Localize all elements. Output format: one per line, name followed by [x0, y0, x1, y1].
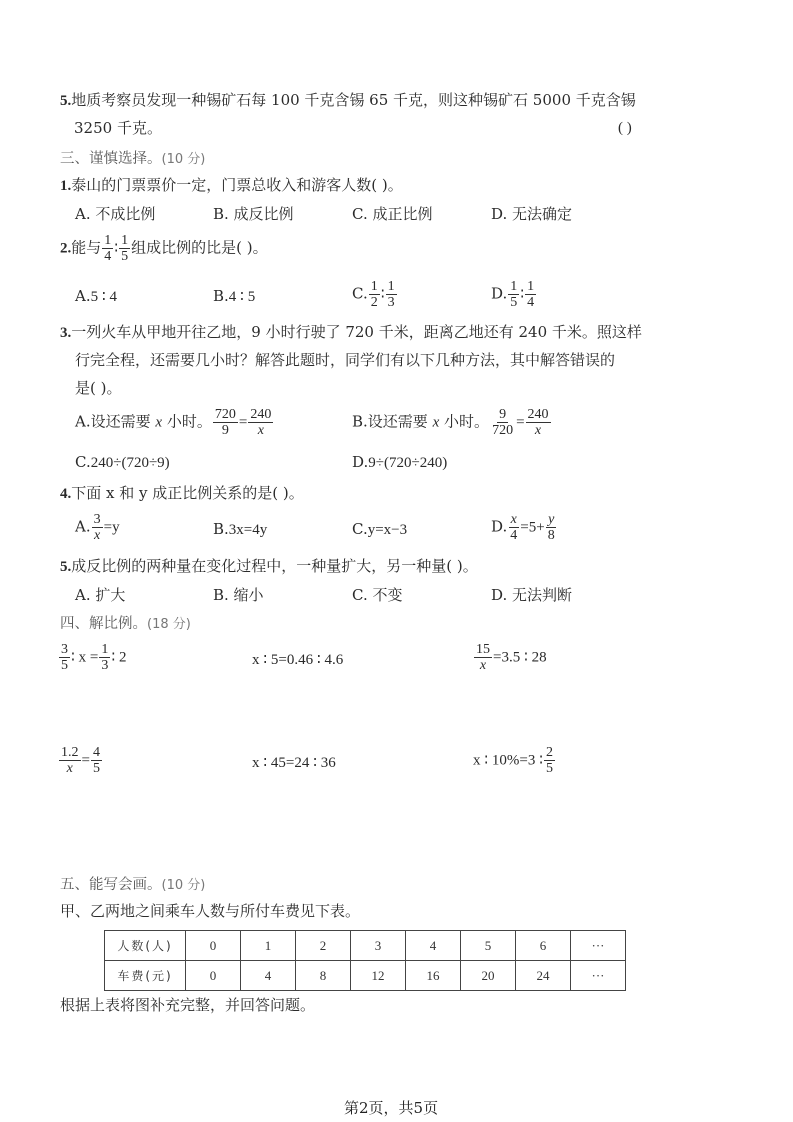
table-cell: 4	[406, 931, 461, 961]
section-instruction: 根据上表将图补充完整，并回答问题。	[60, 995, 315, 1015]
numerator: 3	[92, 512, 103, 528]
numerator: 2	[544, 745, 555, 761]
equation-3: 15x=3.5 ∶ 28	[473, 642, 547, 673]
denominator: 5	[59, 658, 70, 673]
equation-5: x ∶ 45=24 ∶ 36	[252, 753, 336, 772]
option-b[interactable]: B. 缩小	[213, 584, 264, 605]
option-label: D.	[491, 518, 507, 536]
option-label: B.	[213, 520, 229, 538]
equals-sign: =	[239, 415, 247, 431]
question-number: 3.	[60, 325, 71, 341]
fraction: 15	[119, 233, 130, 264]
fraction: 13	[386, 279, 397, 310]
denominator: 5	[119, 249, 130, 264]
option-label: C.	[352, 285, 368, 303]
denominator: 5	[508, 295, 519, 310]
option-c[interactable]: C. 不变	[352, 584, 402, 605]
judge-question-5: 5.地质考察员发现一种锡矿石每 100 千克含锡 65 千克，则这种锡矿石 50…	[60, 90, 636, 111]
denominator: x	[478, 658, 488, 673]
choice-question-1: 1.泰山的门票票价一定，门票总收入和游客人数( )。	[60, 175, 403, 196]
numerator: 1	[508, 279, 519, 295]
ratio-sign: ∶	[520, 287, 524, 303]
option-unit: 小时。	[167, 413, 212, 431]
numerator: 1	[99, 642, 110, 658]
option-label: A.	[75, 287, 91, 305]
option-a[interactable]: A. 不成比例	[75, 203, 155, 224]
numerator: 1.2	[59, 745, 81, 761]
section-heading-3: 三、谨慎选择。(10 分)	[60, 147, 205, 168]
fraction: y8	[546, 512, 557, 543]
fraction: 14	[102, 233, 113, 264]
fraction: 25	[544, 745, 555, 776]
option-unit: 小时。	[444, 413, 489, 431]
fraction: 240x	[526, 407, 551, 438]
option-b[interactable]: B. 成反比例	[213, 203, 294, 224]
question-text-pre: 能与	[71, 239, 101, 257]
option-c[interactable]: C.12∶13	[352, 279, 398, 310]
variable: x	[155, 415, 162, 431]
numerator: 3	[59, 642, 70, 658]
numerator: 1	[369, 279, 380, 295]
section-intro: 甲、乙两地之间乘车人数与所付车费见下表。	[60, 901, 360, 921]
option-a[interactable]: A.设还需要 x 小时。7209=240x	[75, 407, 274, 438]
table-cell: 3	[351, 931, 406, 961]
question-text: 成反比例的两种量在变化过程中，一种量扩大，另一种量( )。	[71, 557, 477, 575]
equation-6: x ∶ 10%=3 ∶25	[473, 745, 556, 776]
choice-question-4: 4.下面 x 和 y 成正比例关系的是( )。	[60, 483, 304, 504]
numerator: x	[509, 512, 519, 528]
page-number: 第2页，共5页	[344, 1097, 438, 1118]
table-cell: 16	[406, 961, 461, 991]
numerator: 1	[102, 233, 113, 249]
fraction: 14	[525, 279, 536, 310]
table-row: 车费(元) 0 4 8 12 16 20 24 ···	[105, 961, 626, 991]
numerator: 720	[213, 407, 238, 423]
denominator: 720	[490, 423, 515, 438]
fraction: 15x	[474, 642, 492, 673]
option-text: 设还需要	[368, 413, 428, 431]
question-number: 2.	[60, 241, 71, 257]
equation-tail: =3.5 ∶ 28	[493, 650, 547, 666]
table-cell: 2	[296, 931, 351, 961]
fraction: 45	[91, 745, 102, 776]
fraction: 12	[369, 279, 380, 310]
option-label: B.	[352, 413, 368, 431]
question-number: 5.	[60, 93, 71, 109]
option-expression: 3x=4y	[229, 522, 267, 538]
question-text: 泰山的门票票价一定，门票总收入和游客人数( )。	[71, 176, 402, 194]
fraction: 15	[508, 279, 519, 310]
section-heading-4: 四、解比例。(18 分)	[60, 612, 191, 633]
ratio-sign: ∶	[381, 287, 385, 303]
choice-question-3: 3.一列火车从甲地开往乙地，9 小时行驶了 720 千米，距离乙地还有 240 …	[60, 322, 642, 343]
choice-question-5: 5.成反比例的两种量在变化过程中，一种量扩大，另一种量( )。	[60, 556, 478, 577]
option-label: B.	[213, 287, 229, 305]
option-c[interactable]: C. 成正比例	[352, 203, 432, 224]
question-text-line1: 一列火车从甲地开往乙地，9 小时行驶了 720 千米，距离乙地还有 240 千米…	[71, 323, 642, 341]
ratio-sign: ∶	[114, 241, 118, 257]
numerator: 240	[248, 407, 273, 423]
section-title: 四、解比例。	[60, 616, 147, 632]
table-cell: 8	[296, 961, 351, 991]
table-row: 人数(人) 0 1 2 3 4 5 6 ···	[105, 931, 626, 961]
option-expression: 9÷(720÷240)	[368, 455, 447, 471]
table-cell: 1	[241, 931, 296, 961]
table-cell: 5	[461, 931, 516, 961]
fraction: 3x	[92, 512, 103, 543]
question-text-line2: 行完全程，还需要几小时？解答此题时，同学们有以下几种方法，其中解答错误的	[75, 350, 615, 370]
equation-2: x ∶ 5=0.46 ∶ 4.6	[252, 650, 343, 669]
denominator: x	[92, 528, 102, 543]
numerator: 9	[497, 407, 508, 423]
table-cell: 12	[351, 961, 406, 991]
numerator: 15	[474, 642, 492, 658]
option-a[interactable]: A. 扩大	[75, 584, 125, 605]
option-value: 4 ∶ 5	[229, 289, 255, 305]
option-d[interactable]: D. 无法确定	[491, 203, 572, 224]
table-cell: 0	[186, 961, 241, 991]
answer-bracket[interactable]: ( )	[618, 118, 632, 138]
option-label: A.	[75, 518, 91, 536]
question-text-line3: 是( )。	[75, 378, 121, 398]
option-a[interactable]: A.3x=y	[75, 512, 120, 543]
table-cell: ···	[571, 961, 626, 991]
table-cell: 4	[241, 961, 296, 991]
variable: x	[433, 415, 440, 431]
section-points: (18 分)	[147, 617, 191, 632]
numerator: 4	[91, 745, 102, 761]
section-title: 三、谨慎选择。	[60, 151, 162, 167]
denominator: 9	[220, 423, 231, 438]
denominator: 2	[369, 295, 380, 310]
option-b[interactable]: B.3x=4y	[213, 520, 267, 539]
option-d[interactable]: D. 无法判断	[491, 584, 572, 605]
option-c[interactable]: C.y=x−3	[352, 520, 407, 539]
fraction: x4	[508, 512, 519, 543]
question-number: 1.	[60, 178, 71, 194]
fraction: 7209	[213, 407, 238, 438]
question-text: 下面 x 和 y 成正比例关系的是( )。	[71, 484, 303, 502]
option-value: 5 ∶ 4	[91, 289, 117, 305]
denominator: 4	[525, 295, 536, 310]
option-label: D.	[491, 285, 507, 303]
denominator: x	[256, 423, 266, 438]
equation-tail: ∶ 2	[111, 650, 126, 666]
denominator: x	[65, 761, 75, 776]
section-title: 五、能写会画。	[60, 877, 162, 893]
option-expression: =y	[104, 520, 120, 536]
table-cell: 20	[461, 961, 516, 991]
option-expression: 240÷(720÷9)	[91, 455, 170, 471]
question-text-line1: 地质考察员发现一种锡矿石每 100 千克含锡 65 千克，则这种锡矿石 5000…	[71, 91, 636, 109]
option-text: 设还需要	[91, 413, 151, 431]
question-number: 5.	[60, 559, 71, 575]
denominator: 4	[102, 249, 113, 264]
section-heading-5: 五、能写会画。(10 分)	[60, 873, 205, 894]
option-label: D.	[352, 453, 368, 471]
option-expression: y=x−3	[368, 522, 407, 538]
option-b[interactable]: B.设还需要 x 小时。9720=240x	[352, 407, 552, 438]
option-label: C.	[75, 453, 91, 471]
table-cell: 6	[516, 931, 571, 961]
fraction: 1.2x	[59, 745, 81, 776]
equals-sign: =	[82, 753, 90, 769]
equation-pre: x ∶ 10%=3 ∶	[473, 753, 543, 769]
denominator: 8	[546, 528, 557, 543]
denominator: 5	[91, 761, 102, 776]
numerator: 1	[525, 279, 536, 295]
denominator: x	[533, 423, 543, 438]
question-number: 4.	[60, 486, 71, 502]
option-d[interactable]: D.x4=5+y8	[491, 512, 558, 543]
question-text-line2: 3250 千克。	[74, 118, 162, 138]
table-cell: ···	[571, 931, 626, 961]
denominator: 3	[386, 295, 397, 310]
option-label: C.	[352, 520, 368, 538]
denominator: 4	[508, 528, 519, 543]
table-cell: 24	[516, 961, 571, 991]
option-d[interactable]: D.9÷(720÷240)	[352, 453, 447, 472]
question-text-post: 组成比例的比是( )。	[131, 239, 267, 257]
section-points: (10 分)	[162, 878, 206, 893]
option-d[interactable]: D.15∶14	[491, 279, 537, 310]
fraction: 35	[59, 642, 70, 673]
section-points: (10 分)	[162, 152, 206, 167]
fraction: 9720	[490, 407, 515, 438]
numerator: 240	[526, 407, 551, 423]
equation-1: 35∶ x =13∶ 2	[58, 642, 127, 673]
row-header: 车费(元)	[105, 961, 186, 991]
numerator: 1	[119, 233, 130, 249]
choice-question-2: 2.能与14∶15组成比例的比是( )。	[60, 233, 268, 264]
fraction: 240x	[248, 407, 273, 438]
option-c[interactable]: C.240÷(720÷9)	[75, 453, 170, 472]
numerator: y	[546, 512, 556, 528]
equation-4: 1.2x=45	[58, 745, 103, 776]
option-b[interactable]: B.4 ∶ 5	[213, 287, 255, 306]
option-a[interactable]: A.5 ∶ 4	[75, 287, 117, 306]
fraction: 13	[99, 642, 110, 673]
denominator: 5	[544, 761, 555, 776]
fare-table: 人数(人) 0 1 2 3 4 5 6 ··· 车费(元) 0 4 8 12 1…	[104, 930, 626, 991]
denominator: 3	[99, 658, 110, 673]
numerator: 1	[386, 279, 397, 295]
row-header: 人数(人)	[105, 931, 186, 961]
option-expression: =5+	[520, 520, 544, 536]
equation-middle: ∶ x =	[71, 650, 98, 666]
equals-sign: =	[516, 415, 524, 431]
option-label: A.	[75, 413, 91, 431]
table-cell: 0	[186, 931, 241, 961]
